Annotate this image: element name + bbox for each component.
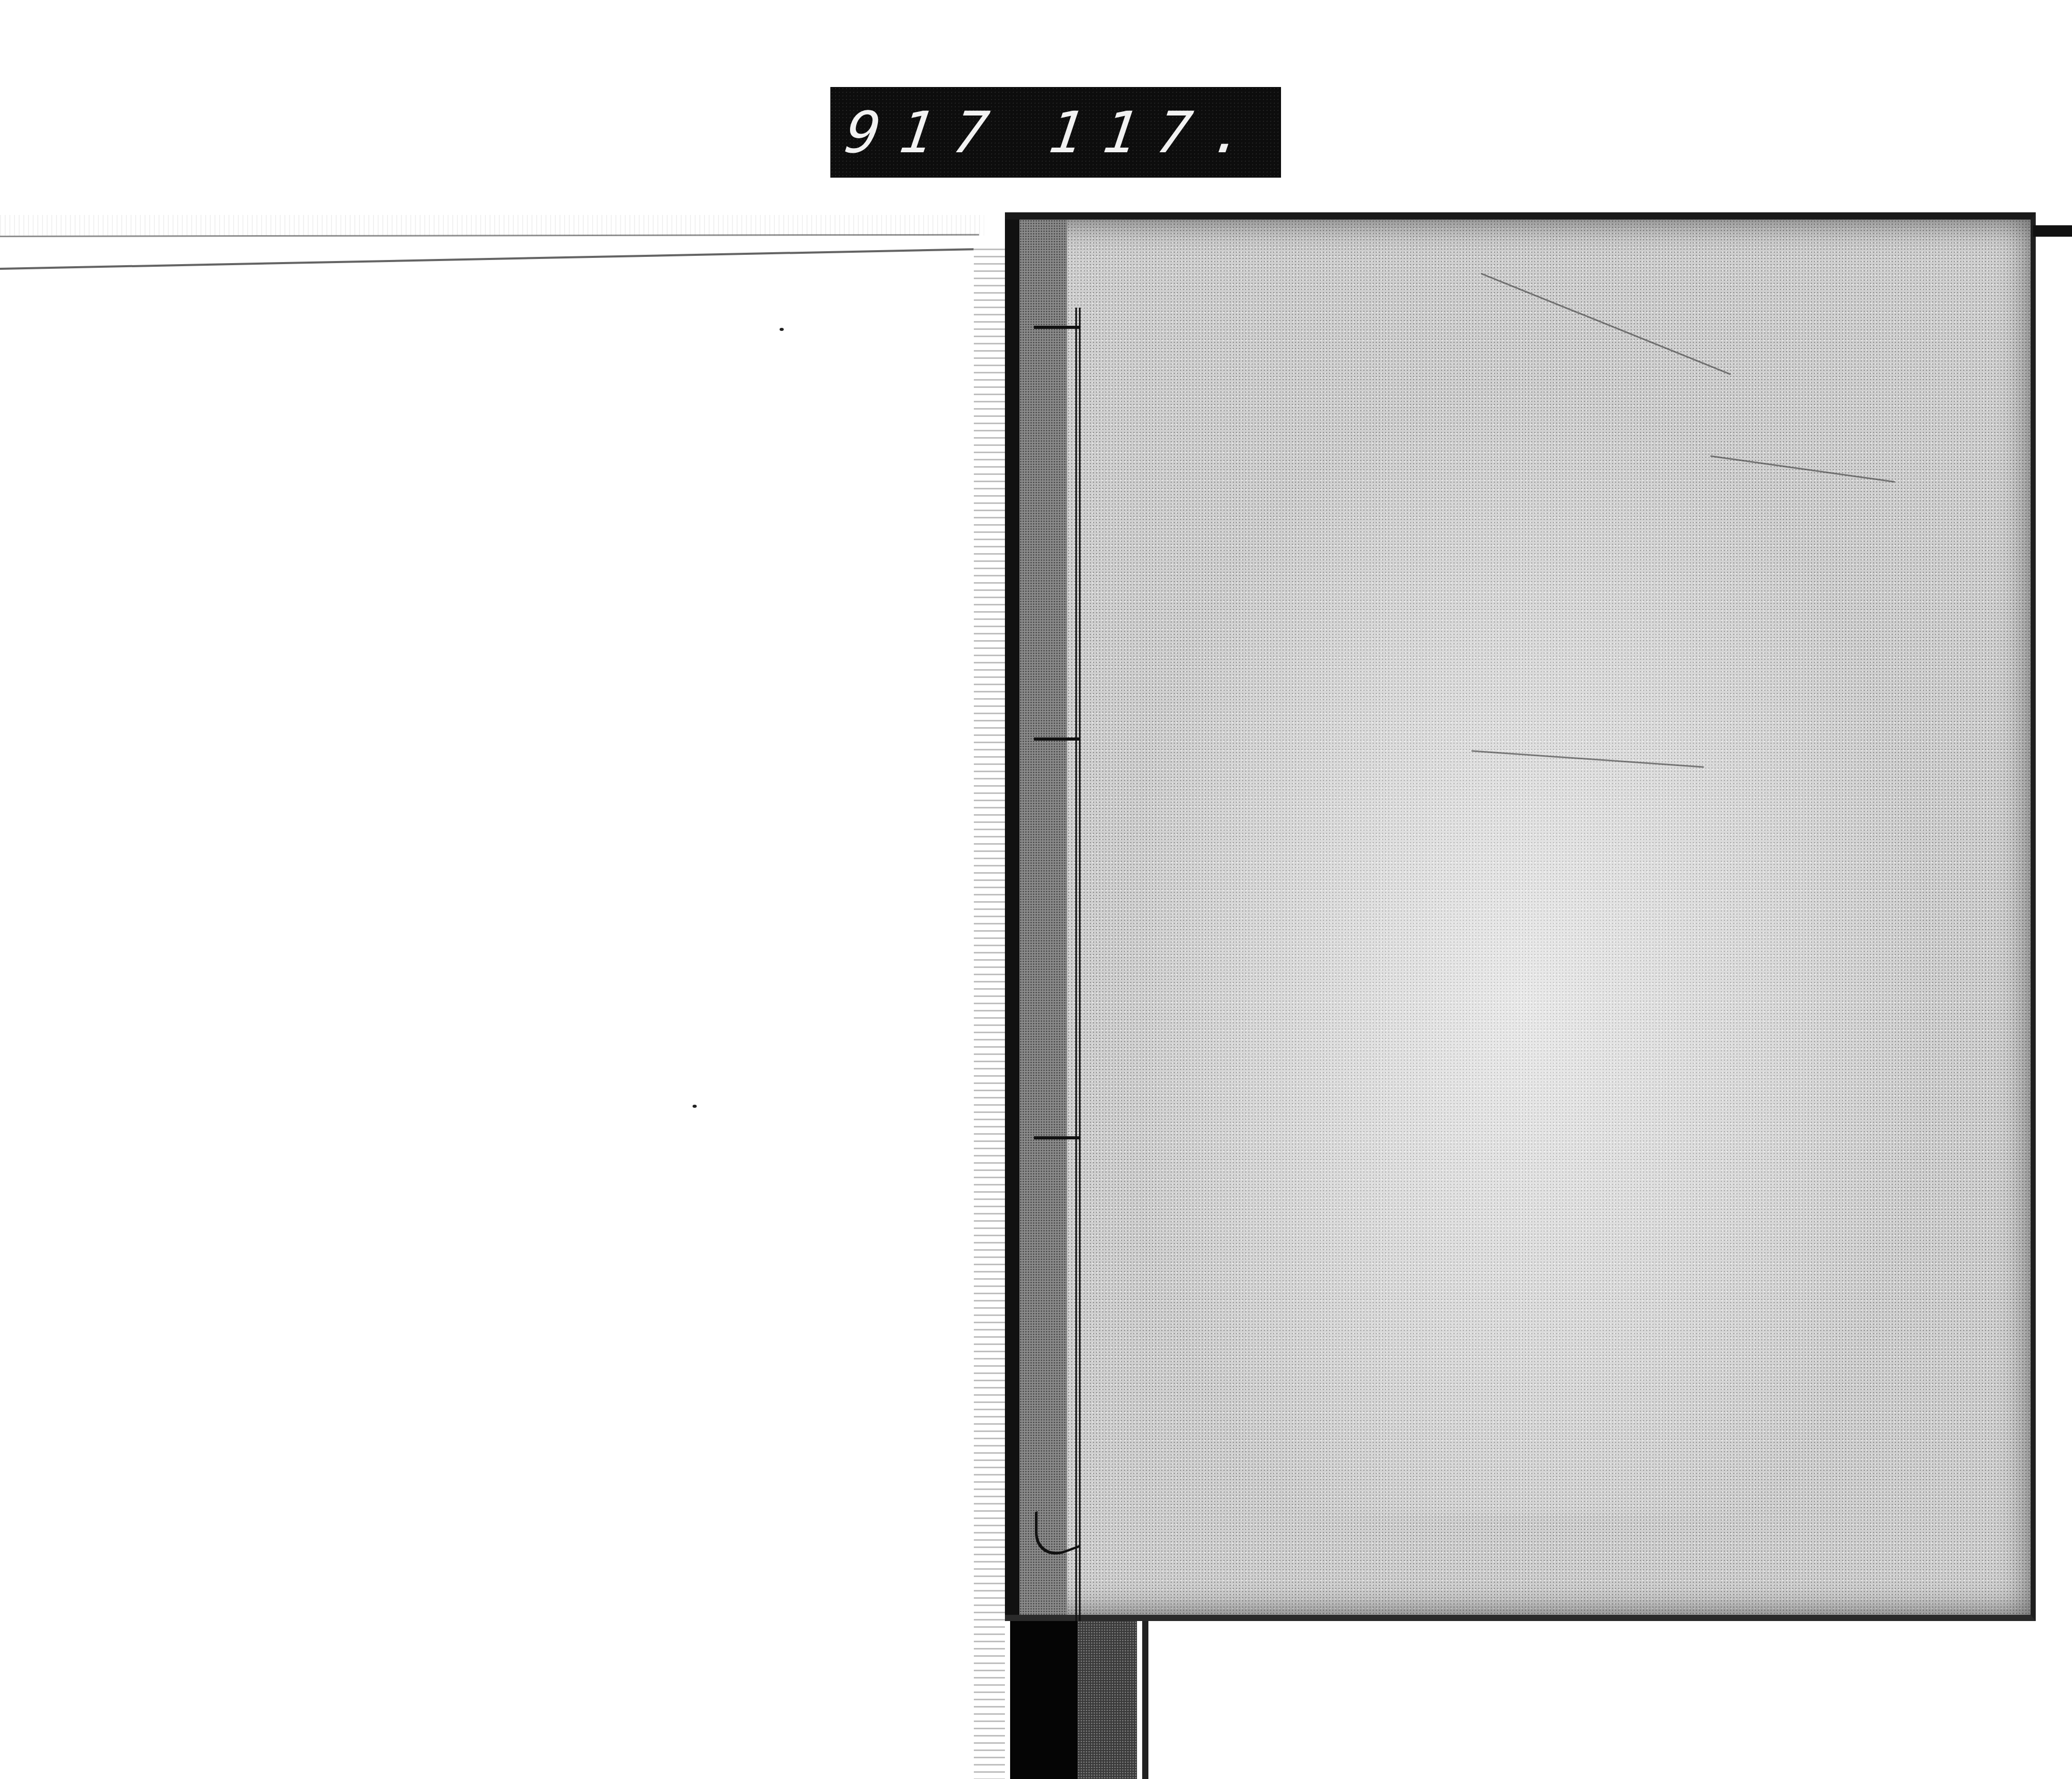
cover-highlight xyxy=(1109,375,1937,1514)
book-stand xyxy=(1077,1621,1137,1779)
scan-speck xyxy=(780,328,784,331)
cover-crease xyxy=(1480,273,1731,375)
page-fringe xyxy=(974,249,1005,1779)
call-number-right: 117. xyxy=(1045,99,1270,166)
binding-corner-stitch xyxy=(1035,1496,1079,1564)
book-spine xyxy=(1005,220,1067,1615)
blank-left-page xyxy=(0,238,984,1779)
scan-noise-band xyxy=(0,215,984,236)
call-number-left: 917 xyxy=(841,99,1013,166)
binding-stitch xyxy=(1034,326,1081,329)
book-stand-shadow xyxy=(1010,1621,1077,1779)
call-number-label: 917 117. xyxy=(830,87,1281,178)
binding-stitch xyxy=(1034,737,1081,741)
binding-stitch xyxy=(1034,1136,1081,1139)
binding-thread xyxy=(1075,308,1081,1654)
book-edge-tab xyxy=(2033,225,2072,237)
book-stand-edge xyxy=(1142,1621,1148,1779)
book-cover xyxy=(1005,212,2036,1621)
scan-speck xyxy=(693,1105,697,1108)
